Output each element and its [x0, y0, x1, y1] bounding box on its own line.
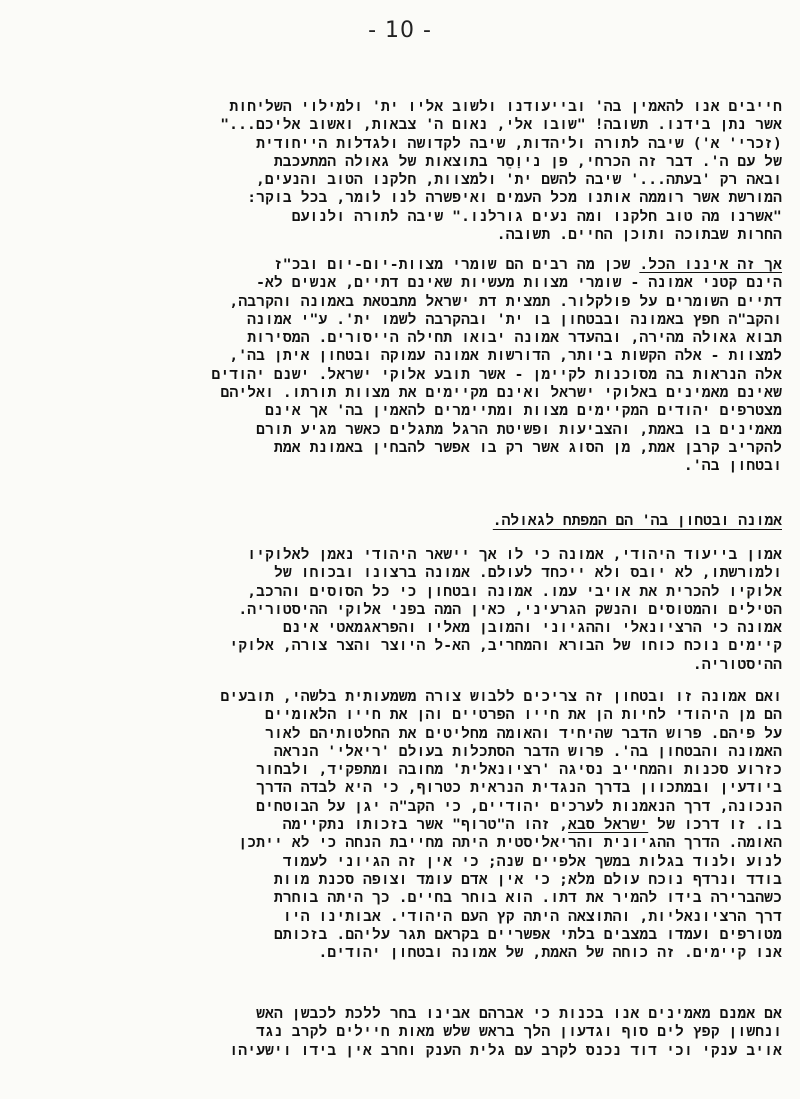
text-line: אך זה איננו הכל. שכן מה רבים הם שומרי מצ… [42, 256, 782, 274]
text-line: אשר נתן בידנו. תשובה! "שובו אלי, נאום ה'… [42, 116, 782, 134]
text-line: ובאה רק 'בעתה...' שיבה להשם ית' ולמצוות,… [42, 171, 782, 189]
section-heading: אמונה ובטחון בה' הם המפתח לגאולה. [493, 512, 782, 529]
section-paragraph-3: אם אמנם מאמינים אנו בכנות כי אברהם אבינו… [42, 1005, 782, 1060]
section-paragraph-2: ואם אמונה זו ובטחון זה צריכים ללבוש צורה… [42, 688, 782, 962]
text-fragment: שכן מה רבים הם שומרי מצוות-יום-יום ובכ"ז [274, 256, 631, 273]
text-line: ולמורשתו, לא יובס ולא ייכחד לעולם. אמונה… [42, 564, 782, 582]
text-line: דתיים השומרים על פולקלור. תמצית דת ישראל… [42, 293, 782, 311]
text-line: קיימים נוכח כוחו של הבורא והמחריב, הא-ל … [42, 637, 782, 655]
text-line: הטילים והמטוסים והנשק הגרעיני, כאין המה … [42, 601, 782, 619]
text-line: מאמינים בו באמת, והצביעות ופשיטת הרגל מת… [42, 421, 782, 439]
text-line: האמונה והבטחון בה'. פרוש הדבר הסתכלות בע… [42, 743, 782, 761]
text-fragment: בו. זו דרכו של [648, 816, 782, 833]
text-line: בודד ונרדף נוכח עולם מלא; כי אין אדם עומ… [42, 871, 782, 889]
text-line: למצוות - אלה הקשות ביותר, הדורשות אמונה … [42, 347, 782, 365]
underlined-lead: אך זה איננו הכל. [639, 256, 782, 273]
text-line: אמון בייעוד היהודי, אמונה כי לו אך יישאר… [42, 546, 782, 564]
paragraph-1: חייבים אנו להאמין בה' ובייעודנו ולשוב אל… [42, 98, 782, 244]
text-line: דרך הרציונאליות, והתוצאה היתה קץ העם היה… [42, 908, 782, 926]
text-line: אם אמנם מאמינים אנו בכנות כי אברהם אבינו… [42, 1005, 782, 1023]
text-line: תבוא גאולה מהירה, ובהעדר אמונה יבואו תחי… [42, 329, 782, 347]
text-line: אויב ענקי וכי דוד נכנס לקרב עם גלית הענק… [42, 1042, 782, 1060]
text-fragment: , זהו ה"טרוף" אשר בזכותו נתקיימה [283, 816, 568, 833]
text-line: לנוע ולנוד בגלות במשך אלפיים שנה; כי אין… [42, 853, 782, 871]
text-line: ההיסטוריה. [42, 656, 782, 674]
text-line: להקריב קרבן אמת, מן הסוג אשר רק בו אפשר … [42, 439, 782, 457]
text-line: והקב"ה חפץ באמונה ובבטחון בו ית' ובהקרבה… [42, 311, 782, 329]
text-line: הינם קטני אמונה - שומרי מצוות מעשיות שאי… [42, 274, 782, 292]
text-line: של עם ה'. דבר זה הכרחי, פן ניוָסֵר בתוצא… [42, 153, 782, 171]
text-line: ובטחון בה'. [42, 457, 782, 475]
text-line: המורשת אשר רוממה אותנו מכל העמים ואיפשרה… [42, 189, 782, 207]
text-line: הם מן היהודי לחיות הן את חייו הפרטיים וה… [42, 706, 782, 724]
underlined-phrase: ישראל סבא [568, 816, 648, 833]
text-line: אנו קיימים. זה כוחה של האמת, של אמונה וב… [42, 944, 782, 962]
text-line: בו. זו דרכו של ישראל סבא, זהו ה"טרוף" אש… [42, 816, 782, 834]
text-line: על פיהם. פרוש הדבר שהיחיד והאומה מחליטים… [42, 725, 782, 743]
section-paragraph-1: אמון בייעוד היהודי, אמונה כי לו אך יישאר… [42, 546, 782, 674]
text-line: אמונה כי הרציונאלי וההגיוני והמובן מאליו… [42, 619, 782, 637]
text-line: כזרוע סכנות והמחייב נסיגה 'רציונאלית' מח… [42, 761, 782, 779]
text-line: ביודעין ובמתכוון בדרך הנגדית הנראית כטרו… [42, 779, 782, 797]
text-line: מצטרפים יהודים המקיימים מצוות ומתיימרים … [42, 402, 782, 420]
text-line: הנכונה, דרך הנאמנות לערכים יהודיים, כי ה… [42, 798, 782, 816]
text-line: (זכרי' א') שיבה לתורה וליהדות, שיבה לקדו… [42, 135, 782, 153]
text-line: כשהברירה בידו להמיר את דתו. הוא בוחר בחי… [42, 889, 782, 907]
text-line: ונחשון קפץ לים סוף וגדעון הלך בראש שלש מ… [42, 1023, 782, 1041]
text-line: "אשרנו מה טוב חלקנו ומה נעים גורלנו." שי… [42, 208, 782, 226]
text-line: ואם אמונה זו ובטחון זה צריכים ללבוש צורה… [42, 688, 782, 706]
text-line: מטורפים ועמדו במצבים בלתי אפשריים בקראם … [42, 926, 782, 944]
section-heading-container: אמונה ובטחון בה' הם המפתח לגאולה. [42, 510, 782, 530]
text-line: החרות שבתוכה ותוכן החיים. תשובה. [42, 226, 782, 244]
paragraph-2: אך זה איננו הכל. שכן מה רבים הם שומרי מצ… [42, 256, 782, 476]
text-line: חייבים אנו להאמין בה' ובייעודנו ולשוב אל… [42, 98, 782, 116]
text-line: אלה הנראות בה מסוכנות לקיימן - אשר תובע … [42, 366, 782, 384]
text-line: שאינם מאמינים באלוקי ישראל ואינם מקיימים… [42, 384, 782, 402]
text-line: האומה. הדרך ההגיונית והריאליסטית היתה מח… [42, 834, 782, 852]
text-line: אלוקיו להכרית את אויבי עמו. אמונה ובטחון… [42, 583, 782, 601]
page-number: - 10 - [0, 18, 800, 43]
